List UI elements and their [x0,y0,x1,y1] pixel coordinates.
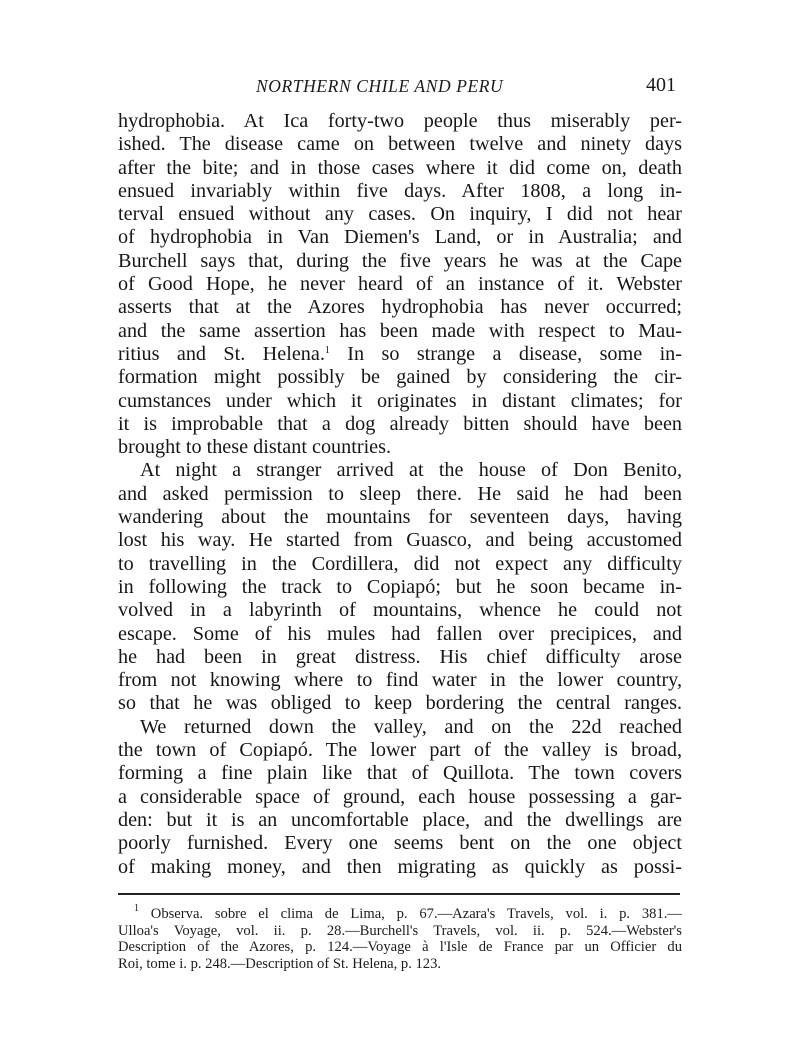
text-line: to travelling in the Cordillera, did not… [118,553,682,576]
text-line: poorly furnished. Every one seems bent o… [118,832,682,855]
page-number: 401 [646,74,676,97]
text-line: ensued invariably within five days. Afte… [118,180,682,203]
text-line: ished. The disease came on between twelv… [118,133,682,156]
text-line: den: but it is an uncomfortable place, a… [118,809,682,832]
text-line: asserts that at the Azores hydrophobia h… [118,296,682,319]
paragraph-start-line: At night a stranger arrived at the house… [118,459,682,482]
text-line: and the same assertion has been made wit… [118,320,682,343]
running-header: NORTHERN CHILE AND PERU 401 [118,74,682,100]
text-line-with-footnote-ref: ritius and St. Helena.1 In so strange a … [118,343,682,366]
footnote-divider [118,893,680,895]
text-line: forming a fine plain like that of Quillo… [118,762,682,785]
text-line: volved in a labyrinth of mountains, when… [118,599,682,622]
text-line: of hydrophobia in Van Diemen's Land, or … [118,226,682,249]
text-line: hydrophobia. At Ica forty-two people thu… [118,110,682,133]
text-line: brought to these distant countries. [118,436,682,459]
text-line: so that he was obliged to keep bordering… [118,692,682,715]
text-line: after the bite; and in those cases where… [118,157,682,180]
footnote-marker: 1 [134,903,139,914]
text-segment: ritius and St. Helena. [118,343,325,365]
footnote-line: Roi, tome i. p. 248.—Description of St. … [118,956,682,973]
text-line: from not knowing where to find water in … [118,669,682,692]
text-line: of Good Hope, he never heard of an insta… [118,273,682,296]
text-line: wandering about the mountains for sevent… [118,506,682,529]
text-line: in following the track to Copiapó; but h… [118,576,682,599]
running-title: NORTHERN CHILE AND PERU [256,76,503,97]
footnote-line: Ulloa's Voyage, vol. ii. p. 28.—Burchell… [118,923,682,940]
text-segment: In so strange a disease, some in- [330,343,682,365]
body-text: hydrophobia. At Ica forty-two people thu… [118,110,682,879]
text-line: it is improbable that a dog already bitt… [118,413,682,436]
text-line: the town of Copiapó. The lower part of t… [118,739,682,762]
text-line: he had been in great distress. His chief… [118,646,682,669]
footnote-line: 1 Observa. sobre el clima de Lima, p. 67… [118,906,682,923]
text-line: of making money, and then migrating as q… [118,856,682,879]
text-line: Burchell says that, during the five year… [118,250,682,273]
paragraph-start-line: We returned down the valley, and on the … [118,716,682,739]
text-line: a considerable space of ground, each hou… [118,786,682,809]
text-line: formation might possibly be gained by co… [118,366,682,389]
footnote-text: Observa. sobre el clima de Lima, p. 67.—… [151,906,682,922]
footnotes: 1 Observa. sobre el clima de Lima, p. 67… [118,906,682,972]
text-line: and asked permission to sleep there. He … [118,483,682,506]
text-line: escape. Some of his mules had fallen ove… [118,623,682,646]
text-line: terval ensued without any cases. On inqu… [118,203,682,226]
text-line: lost his way. He started from Guasco, an… [118,529,682,552]
footnote-line: Description of the Azores, p. 124.—Voyag… [118,939,682,956]
text-line: cumstances under which it originates in … [118,390,682,413]
